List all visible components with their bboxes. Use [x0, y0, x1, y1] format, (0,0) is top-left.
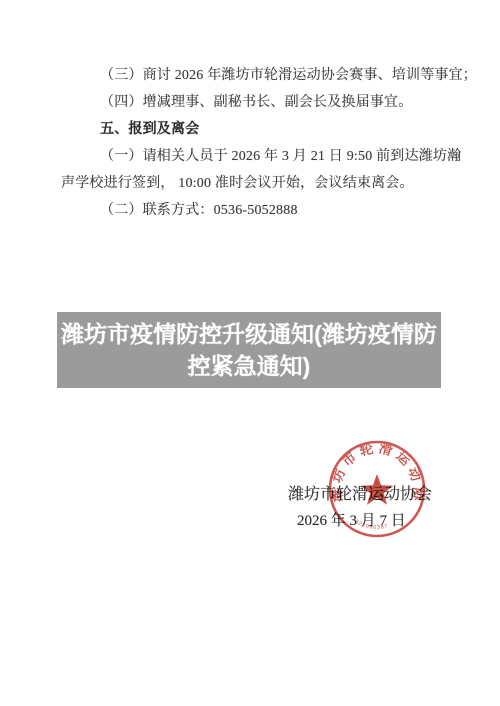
- svg-text:521000387: 521000387: [354, 519, 389, 531]
- seal-star-icon: [361, 474, 393, 505]
- banner-title-line-2: 控紧急通知): [57, 350, 441, 382]
- seal-serial-number: 521000387: [354, 519, 389, 531]
- scanned-document-page: （三）商讨 2026 年潍坊市轮滑运动协会赛事、培训等事宜； （四）增减理事、副…: [0, 0, 500, 706]
- svg-text:潍坊市轮滑运动协会: 潍坊市轮滑运动协会: [297, 409, 427, 505]
- section-heading-checkin: 五、报到及离会: [100, 118, 199, 138]
- body-line-checkin-2: 声学校进行签到， 10:00 准时会议开始，会议结束离会。: [61, 172, 414, 192]
- overlay-title-banner: 潍坊市疫情防控升级通知(潍坊疫情防 控紧急通知): [57, 312, 441, 388]
- body-line-contact: （二）联系方式：0536-5052888: [100, 199, 298, 219]
- official-red-seal: 潍坊市轮滑运动协会 521000387: [297, 409, 457, 569]
- body-line-agenda-item-4: （四）增减理事、副秘书长、副会长及换届事宜。: [100, 91, 412, 111]
- body-line-agenda-item-3: （三）商讨 2026 年潍坊市轮滑运动协会赛事、培训等事宜；: [100, 64, 477, 84]
- seal-ring-text: 潍坊市轮滑运动协会: [297, 409, 427, 505]
- body-line-checkin-1: （一）请相关人员于 2026 年 3 月 21 日 9:50 前到达潍坊瀚: [100, 145, 461, 165]
- banner-title-line-1: 潍坊市疫情防控升级通知(潍坊疫情防: [57, 318, 441, 350]
